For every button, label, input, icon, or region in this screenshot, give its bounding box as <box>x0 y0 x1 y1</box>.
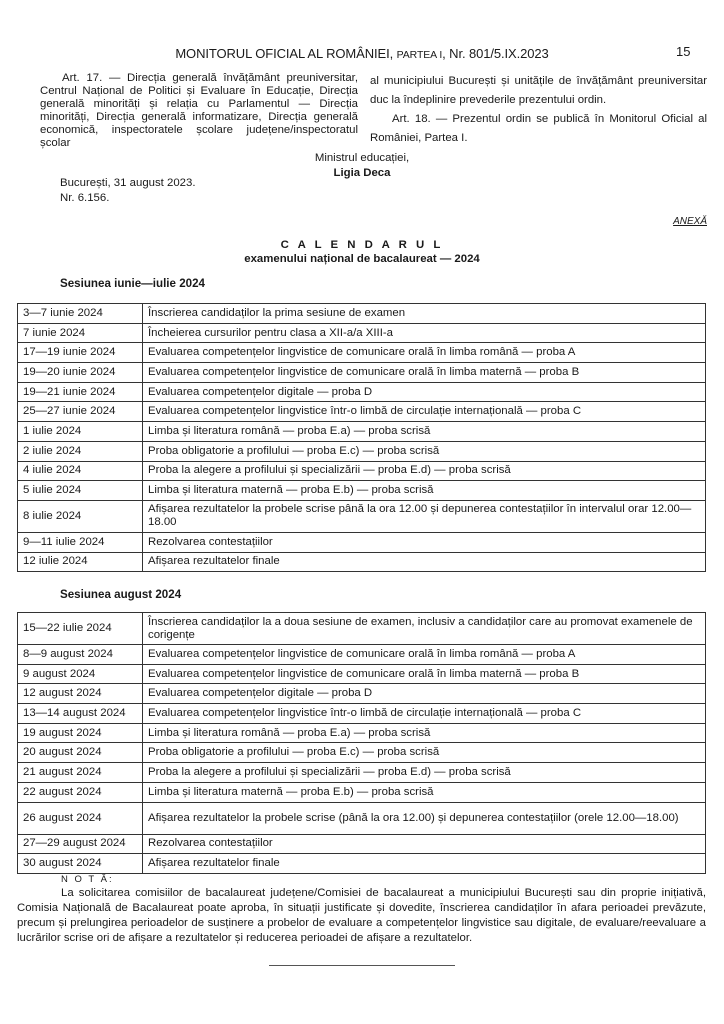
calendar-title: C A L E N D A R U L <box>0 238 724 252</box>
table-row: 4 iulie 2024Proba la alegere a profilulu… <box>18 461 706 481</box>
table-row: 19 august 2024Limba și literatura română… <box>18 723 706 743</box>
date-cell: 13—14 august 2024 <box>18 704 143 724</box>
table-row: 17—19 iunie 2024Evaluarea competențelor … <box>18 343 706 363</box>
date-cell: 19—20 iunie 2024 <box>18 363 143 383</box>
note-label: N O T Ă: <box>61 874 114 885</box>
activity-cell: Înscrierea candidaților la prima sesiune… <box>143 304 706 324</box>
date-cell: 19 august 2024 <box>18 723 143 743</box>
calendar-title-block: C A L E N D A R U L examenului național … <box>0 238 724 266</box>
session-2-title: Sesiunea august 2024 <box>60 588 181 601</box>
activity-cell: Proba obligatorie a profilului — proba E… <box>143 743 706 763</box>
activity-cell: Evaluarea competențelor lingvistice într… <box>143 704 706 724</box>
table-row: 25—27 iunie 2024Evaluarea competențelor … <box>18 402 706 422</box>
table-row: 30 august 2024Afișarea rezultatelor fina… <box>18 854 706 874</box>
header-title-main: MONITORUL OFICIAL AL ROMÂNIEI, <box>175 46 396 61</box>
date-cell: 25—27 iunie 2024 <box>18 402 143 422</box>
table-row: 15—22 iulie 2024Înscrierea candidaților … <box>18 613 706 645</box>
date-cell: 17—19 iunie 2024 <box>18 343 143 363</box>
activity-cell: Proba la alegere a profilului și special… <box>143 763 706 783</box>
date-cell: 4 iulie 2024 <box>18 461 143 481</box>
table-row: 5 iulie 2024Limba și literatura maternă … <box>18 481 706 501</box>
signature-role: Ministrul educației, <box>0 151 724 166</box>
annex-label: ANEXĂ <box>673 216 707 227</box>
activity-cell: Evaluarea competențelor digitale — proba… <box>143 382 706 402</box>
activity-cell: Evaluarea competențelor lingvistice de c… <box>143 645 706 665</box>
right-column: al municipiului București și unitățile d… <box>370 72 707 148</box>
table-row: 19—20 iunie 2024Evaluarea competențelor … <box>18 363 706 383</box>
date-cell: 30 august 2024 <box>18 854 143 874</box>
page-number: 15 <box>676 44 690 59</box>
table-row: 9 august 2024Evaluarea competențelor lin… <box>18 664 706 684</box>
activity-cell: Încheierea cursurilor pentru clasa a XII… <box>143 323 706 343</box>
date-cell: 9—11 iulie 2024 <box>18 532 143 552</box>
activity-cell: Afișarea rezultatelor la probele scrise … <box>143 802 706 834</box>
page-header: MONITORUL OFICIAL AL ROMÂNIEI, PARTEA I,… <box>0 46 724 61</box>
session-1-table: 3—7 iunie 2024Înscrierea candidaților la… <box>17 303 706 572</box>
header-title-part: PARTEA I <box>397 49 443 61</box>
article-18-text: Art. 18. — Prezentul ordin se publică în… <box>370 110 707 148</box>
date-cell: 7 iunie 2024 <box>18 323 143 343</box>
activity-cell: Afișarea rezultatelor la probele scrise … <box>143 500 706 532</box>
table-row: 7 iunie 2024Încheierea cursurilor pentru… <box>18 323 706 343</box>
activity-cell: Evaluarea competențelor lingvistice de c… <box>143 363 706 383</box>
activity-cell: Limba și literatura română — proba E.a) … <box>143 422 706 442</box>
activity-cell: Limba și literatura maternă — proba E.b)… <box>143 782 706 802</box>
calendar-subtitle: examenului național de bacalaureat — 202… <box>0 252 724 266</box>
activity-cell: Rezolvarea contestațiilor <box>143 834 706 854</box>
header-title-issue: , Nr. 801/5.IX.2023 <box>442 46 549 61</box>
note-body: La solicitarea comisiilor de bacalaureat… <box>17 886 706 946</box>
table-row: 27—29 august 2024Rezolvarea contestațiil… <box>18 834 706 854</box>
place-date-block: București, 31 august 2023. Nr. 6.156. <box>60 176 196 206</box>
activity-cell: Evaluarea competențelor lingvistice într… <box>143 402 706 422</box>
note-text: La solicitarea comisiilor de bacalaureat… <box>17 886 706 946</box>
table-row: 20 august 2024Proba obligatorie a profil… <box>18 743 706 763</box>
date-cell: 8 iulie 2024 <box>18 500 143 532</box>
date-cell: 12 iulie 2024 <box>18 552 143 572</box>
table-row: 2 iulie 2024Proba obligatorie a profilul… <box>18 441 706 461</box>
table-row: 13—14 august 2024Evaluarea competențelor… <box>18 704 706 724</box>
article-17-continuation: al municipiului București și unitățile d… <box>370 72 707 110</box>
activity-cell: Rezolvarea contestațiilor <box>143 532 706 552</box>
activity-cell: Limba și literatura maternă — proba E.b)… <box>143 481 706 501</box>
activity-cell: Proba la alegere a profilului și special… <box>143 461 706 481</box>
activity-cell: Afișarea rezultatelor finale <box>143 552 706 572</box>
activity-cell: Înscrierea candidaților la a doua sesiun… <box>143 613 706 645</box>
session-2-table: 15—22 iulie 2024Înscrierea candidaților … <box>17 612 706 874</box>
table-row: 8 iulie 2024Afișarea rezultatelor la pro… <box>18 500 706 532</box>
table-row: 9—11 iulie 2024Rezolvarea contestațiilor <box>18 532 706 552</box>
table-row: 26 august 2024Afișarea rezultatelor la p… <box>18 802 706 834</box>
table-row: 3—7 iunie 2024Înscrierea candidaților la… <box>18 304 706 324</box>
date-cell: 15—22 iulie 2024 <box>18 613 143 645</box>
activity-cell: Proba obligatorie a profilului — proba E… <box>143 441 706 461</box>
activity-cell: Afișarea rezultatelor finale <box>143 854 706 874</box>
date-cell: 26 august 2024 <box>18 802 143 834</box>
date-cell: 22 august 2024 <box>18 782 143 802</box>
activity-cell: Limba și literatura română — proba E.a) … <box>143 723 706 743</box>
order-number: Nr. 6.156. <box>60 191 196 206</box>
table-row: 1 iulie 2024Limba și literatura română —… <box>18 422 706 442</box>
activity-cell: Evaluarea competențelor lingvistice de c… <box>143 664 706 684</box>
table-row: 22 august 2024Limba și literatura matern… <box>18 782 706 802</box>
footer-divider <box>269 965 455 966</box>
session-1-title: Sesiunea iunie—iulie 2024 <box>60 277 205 290</box>
date-cell: 21 august 2024 <box>18 763 143 783</box>
date-cell: 27—29 august 2024 <box>18 834 143 854</box>
activity-cell: Evaluarea competențelor digitale — proba… <box>143 684 706 704</box>
date-cell: 1 iulie 2024 <box>18 422 143 442</box>
article-17-text: Art. 17. — Direcția generală învățământ … <box>40 72 358 150</box>
date-cell: 19—21 iunie 2024 <box>18 382 143 402</box>
date-cell: 8—9 august 2024 <box>18 645 143 665</box>
date-cell: 9 august 2024 <box>18 664 143 684</box>
article-17-column: Art. 17. — Direcția generală învățământ … <box>40 72 358 150</box>
date-cell: 5 iulie 2024 <box>18 481 143 501</box>
date-cell: 20 august 2024 <box>18 743 143 763</box>
place-date: București, 31 august 2023. <box>60 176 196 191</box>
table-row: 19—21 iunie 2024Evaluarea competențelor … <box>18 382 706 402</box>
table-row: 12 iulie 2024Afișarea rezultatelor final… <box>18 552 706 572</box>
activity-cell: Evaluarea competențelor lingvistice de c… <box>143 343 706 363</box>
table-row: 12 august 2024Evaluarea competențelor di… <box>18 684 706 704</box>
date-cell: 2 iulie 2024 <box>18 441 143 461</box>
date-cell: 12 august 2024 <box>18 684 143 704</box>
date-cell: 3—7 iunie 2024 <box>18 304 143 324</box>
table-row: 8—9 august 2024Evaluarea competențelor l… <box>18 645 706 665</box>
table-row: 21 august 2024Proba la alegere a profilu… <box>18 763 706 783</box>
